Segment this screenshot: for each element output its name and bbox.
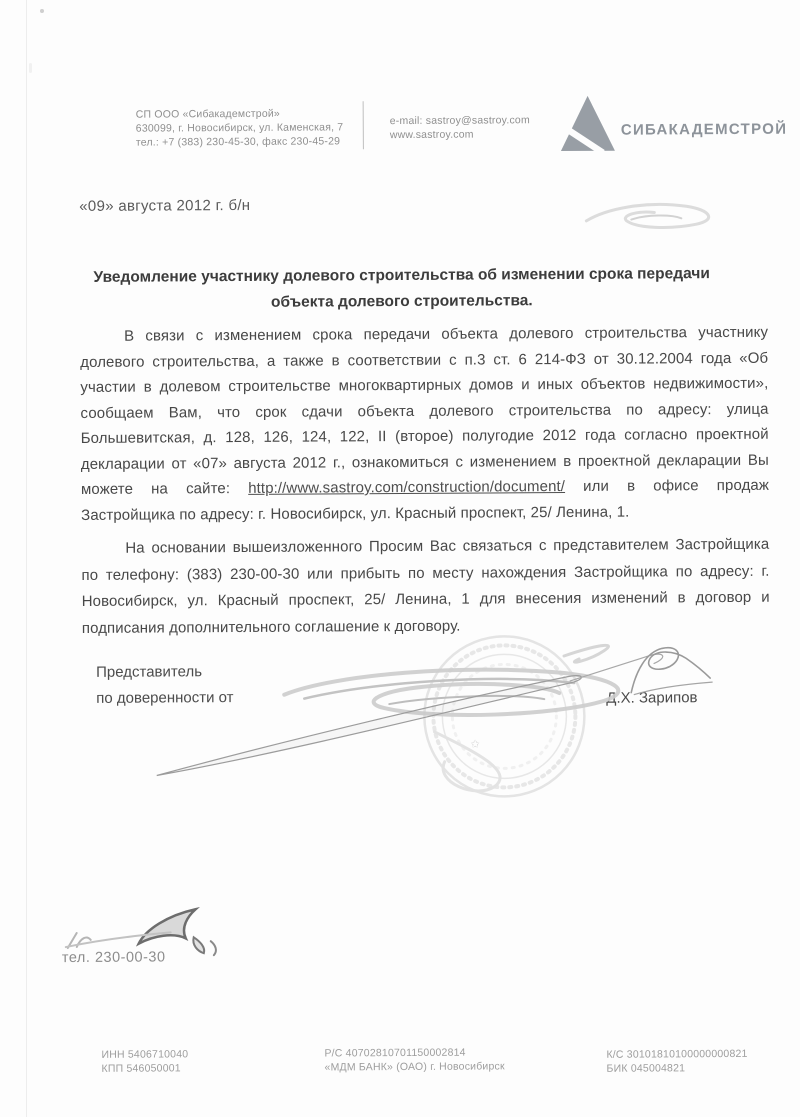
company-email: e-mail: sastroy@sastroy.com (390, 113, 530, 128)
header-divider (363, 101, 364, 149)
company-website: www.sastroy.com (390, 127, 530, 142)
footer-bank-block: Р/С 40702810701150002814 «МДМ БАНК» (ОАО… (324, 1045, 504, 1074)
footer-inn-block: ИНН 5406710040 КПП 546050001 (101, 1047, 188, 1076)
footer-inn: ИНН 5406710040 (101, 1047, 188, 1062)
date-line: «09» августа 2012 г. б/н (79, 197, 250, 215)
footer-corr-account: К/С 30101810100000000821 (606, 1047, 747, 1062)
signature-scribble (631, 647, 712, 694)
company-name: СП ООО «Сибакадемстрой» (136, 106, 344, 121)
logo-triangle-icon (559, 94, 617, 154)
title-line-1: Уведомление участнику долевого строитель… (57, 261, 747, 291)
footer-corr-block: К/С 30101810100000000821 БИК 045004821 (606, 1047, 747, 1076)
stamp-star-icon: ✩ (471, 739, 480, 751)
company-phone: тел.: +7 (383) 230-45-30, факс 230-45-29 (136, 134, 344, 149)
document-url-link: http://www.sastroy.com/construction/docu… (248, 478, 565, 497)
footer-kpp: КПП 546050001 (101, 1061, 188, 1076)
company-address-block: СП ООО «Сибакадемстрой» 630099, г. Новос… (136, 106, 344, 149)
document-content: СП ООО «Сибакадемстрой» 630099, г. Новос… (0, 0, 800, 1117)
footer-bank-name: «МДМ БАНК» (ОАО) г. Новосибирск (324, 1059, 504, 1074)
paragraph-1: В связи с изменением срока передачи объе… (80, 320, 769, 528)
company-contact-block: e-mail: sastroy@sastroy.com www.sastroy.… (390, 113, 530, 142)
company-logo: СИБАКАДЕМСТРОЙ (559, 93, 789, 156)
logo-wordmark: СИБАКАДЕМСТРОЙ (621, 121, 788, 139)
phone-note: тел. 230-00-30 (62, 949, 166, 966)
company-stamp: ✩ (134, 610, 735, 814)
title-line-2: объекта долевого строительства. (57, 287, 747, 317)
scanned-letter-page: СП ООО «Сибакадемстрой» 630099, г. Новос… (0, 0, 800, 1117)
document-title: Уведомление участнику долевого строитель… (57, 261, 747, 317)
footer-bik: БИК 045004821 (606, 1061, 747, 1076)
scan-smudge (576, 186, 726, 242)
footer-account: Р/С 40702810701150002814 (324, 1045, 504, 1060)
company-address: 630099, г. Новосибирск, ул. Каменская, 7 (136, 120, 344, 135)
paragraph-1-text: В связи с изменением срока передачи объе… (80, 324, 769, 498)
